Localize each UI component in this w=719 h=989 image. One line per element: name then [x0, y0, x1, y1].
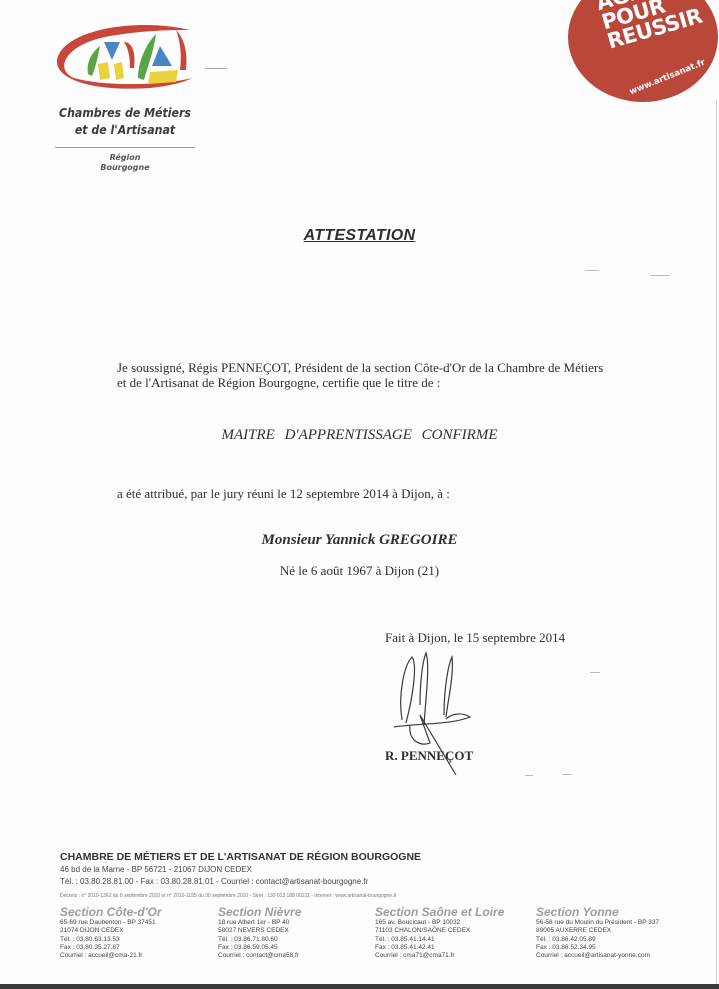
section-phone: Tél. : 03.80.63.13.53 [60, 936, 162, 944]
document-title: ATTESTATION [0, 227, 719, 245]
place-date: Fait à Dijon, le 15 septembre 2014 [385, 630, 565, 646]
section-city: 71103 CHALON/SAÔNE CEDEX [375, 927, 504, 935]
scan-speck [562, 774, 572, 775]
signer-name: R. PENNEÇOT [385, 748, 473, 764]
section-email: Courriel : accueil@artisanat-yonne.com [536, 952, 659, 960]
birth-info: Né le 6 août 1967 à Dijon (21) [0, 563, 719, 579]
section-email: Courriel : cma71@cma71.fr [375, 952, 504, 960]
logo-rule [55, 147, 195, 148]
scan-speck [590, 672, 600, 673]
qualification-title: MAITRE D'APPRENTISSAGE CONFIRME [0, 427, 719, 444]
awarded-text: a été attribué, par le jury réuni le 12 … [117, 486, 450, 502]
footer-contact: Tél. : 03.80.28.81.00 - Fax : 03.80.28.8… [60, 877, 368, 886]
cma-logo [50, 22, 200, 102]
section-name: Section Nièvre [218, 905, 301, 919]
org-logo-title: Chambres de Métiers et de l'Artisanat [59, 104, 191, 138]
section-email: Courriel : accueil@cma-21.fr [60, 952, 162, 960]
intro-line-2: et de l'Artisanat de Région Bourgogne, c… [117, 375, 647, 390]
page-right-edge [716, 100, 717, 984]
section-address: 56-58 rue du Moulin du Président - BP 33… [536, 919, 659, 927]
section-address: 65-69 rue Daubenton - BP 37451 [60, 919, 162, 927]
section-cote-dor: Section Côte-d'Or 65-69 rue Daubenton - … [60, 905, 162, 960]
section-name: Section Saône et Loire [375, 905, 504, 919]
footer-legal: Décrets : n° 2010-1362 du 8 septembre 20… [60, 893, 397, 899]
scan-speck [650, 275, 670, 276]
section-city: 21074 DIJON CEDEX [60, 927, 162, 935]
section-address: 18 rue Albert 1er - BP 40 [218, 919, 301, 927]
recipient-name: Monsieur Yannick GREGOIRE [0, 532, 719, 549]
org-title-line2: et de l'Artisanat [59, 121, 191, 138]
section-yonne: Section Yonne 56-58 rue du Moulin du Pré… [536, 905, 659, 960]
footer-address: 46 bd de la Marne - BP 56721 - 21067 DIJ… [60, 865, 252, 874]
region-line2: Bourgogne [50, 163, 200, 173]
section-phone: Tél. : 03.86.71.80.60 [218, 936, 301, 944]
intro-line-1: Je soussigné, Régis PENNEÇOT, Président … [117, 360, 647, 375]
section-fax: Fax : 03.85.41.42.41 [375, 944, 504, 952]
section-phone: Tél. : 03.85.41.14.41 [375, 936, 504, 944]
intro-paragraph: Je soussigné, Régis PENNEÇOT, Président … [117, 360, 647, 390]
footer-org-name: CHAMBRE DE MÉTIERS ET DE L'ARTISANAT DE … [60, 851, 421, 863]
org-region: Région Bourgogne [50, 153, 200, 173]
section-fax: Fax : 03.86.59.05.45 [218, 944, 301, 952]
section-city: 58027 NEVERS CEDEX [218, 927, 301, 935]
org-title-line1: Chambres de Métiers [59, 104, 191, 121]
section-fax: Fax : 03.86.52.34.95 [536, 944, 659, 952]
section-fax: Fax : 03.80.35.27.87 [60, 944, 162, 952]
page-bottom-edge [0, 984, 719, 989]
section-name: Section Yonne [536, 905, 659, 919]
section-name: Section Côte-d'Or [60, 905, 162, 919]
cma-logo-icon [50, 22, 200, 102]
section-phone: Tél. : 03.86.42.05.89 [536, 936, 659, 944]
section-email: Courriel : contact@cma58.fr [218, 952, 301, 960]
section-city: 89005 AUXERRE CEDEX [536, 927, 659, 935]
footer-sections: Section Côte-d'Or 65-69 rue Daubenton - … [60, 905, 719, 975]
section-saone-et-loire: Section Saône et Loire 165 av. Boucicaut… [375, 905, 504, 960]
scan-speck [585, 270, 599, 271]
logo-divider [205, 68, 227, 69]
region-line1: Région [50, 153, 200, 163]
section-nievre: Section Nièvre 18 rue Albert 1er - BP 40… [218, 905, 301, 960]
scan-speck [525, 775, 533, 776]
